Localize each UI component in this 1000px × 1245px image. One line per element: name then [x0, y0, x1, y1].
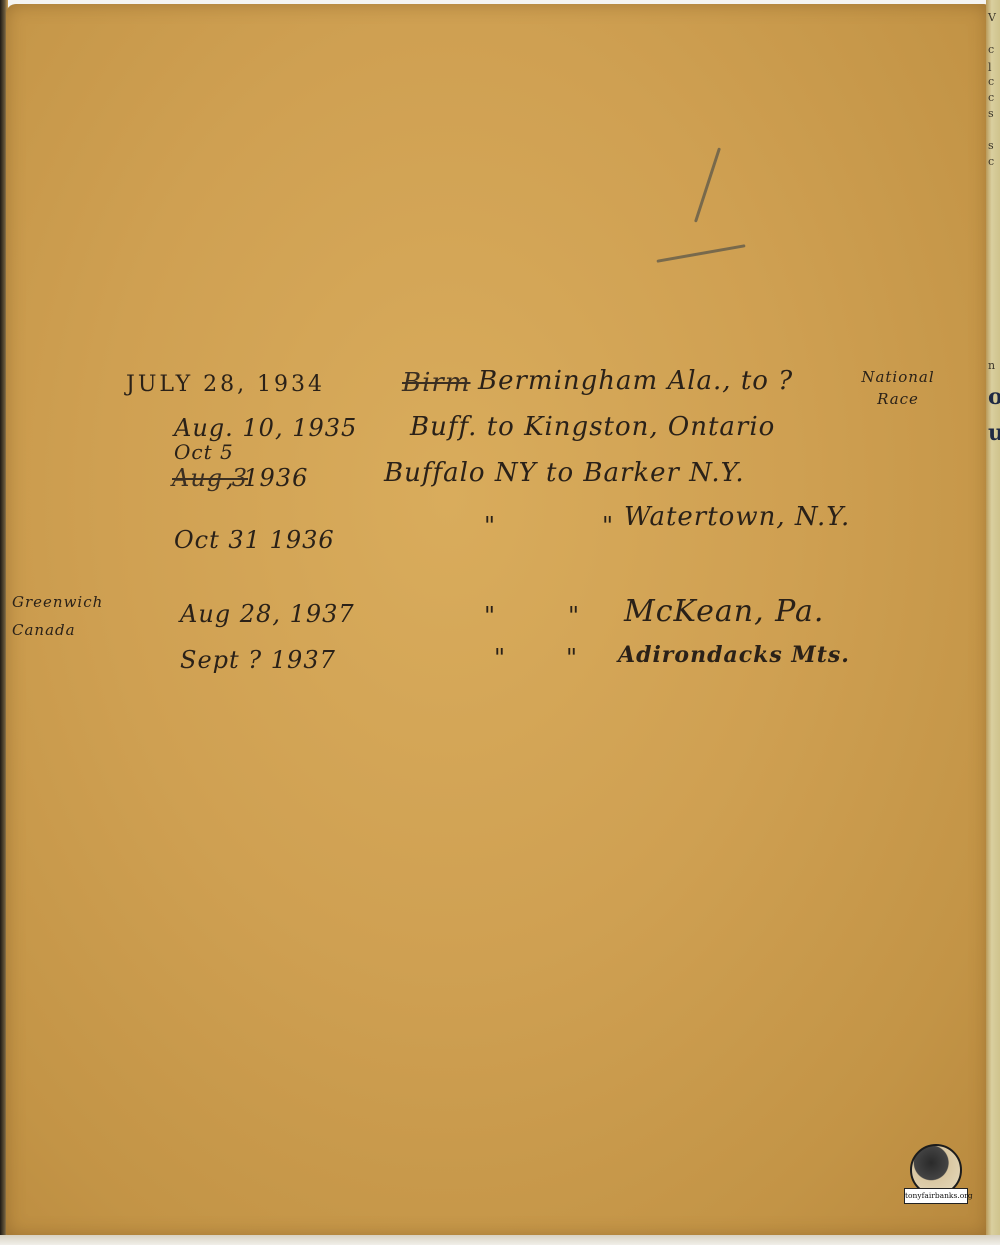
entry-4-date: Oct 31 1936: [174, 526, 335, 554]
scrapbook-page: JULY 28, 1934 Birm Bermingham Ala., to ?…: [6, 4, 988, 1236]
entry-1-struck-word: Birm: [402, 368, 471, 398]
edge-glyph: s: [988, 108, 994, 119]
entry-4-ditto-2: ": [602, 512, 614, 540]
entry-4-route: Watertown, N.Y.: [624, 502, 850, 532]
edge-glyph: n: [988, 360, 995, 371]
watermark-logo[interactable]: tonyfairbanks.org: [904, 1144, 970, 1220]
entry-1-note-text: National Race: [861, 368, 934, 408]
watermark-text: tonyfairbanks.org: [904, 1188, 968, 1204]
entry-6-ditto-2: ": [566, 644, 578, 672]
edge-glyph: o: [988, 386, 1000, 408]
edge-glyph: c: [988, 92, 994, 103]
entry-2-date: Aug. 10, 1935: [174, 414, 357, 442]
entry-1-note: National Race: [848, 366, 948, 410]
edge-glyph: c: [988, 76, 994, 87]
entry-6-date: Sept ? 1937: [180, 646, 336, 674]
entry-1-route: Bermingham Ala., to ?: [478, 366, 793, 396]
entry-3-route: Buffalo NY to Barker N.Y.: [384, 458, 745, 488]
entry-6-route: Adirondacks Mts.: [618, 642, 850, 668]
entry-3-date-correction: Oct 5: [174, 440, 234, 464]
pencil-mark-vertical: [694, 147, 721, 222]
margin-note-line-1: Greenwich: [12, 588, 103, 616]
edge-glyph: c: [988, 44, 994, 55]
entry-6-ditto-1: ": [494, 644, 506, 672]
entry-4-ditto-1: ": [484, 512, 496, 540]
edge-glyph: u: [988, 422, 1000, 444]
entry-5-ditto-2: ": [568, 602, 580, 630]
margin-note-line-2: Canada: [12, 616, 103, 644]
edge-glyph: l: [988, 62, 992, 73]
entry-2-route: Buff. to Kingston, Ontario: [410, 412, 775, 442]
entry-5-route: McKean, Pa.: [624, 594, 824, 629]
entry-3-date-year: , 1936: [226, 464, 308, 492]
pencil-mark-horizontal: [656, 244, 745, 263]
entry-5-ditto-1: ": [484, 602, 496, 630]
margin-note: Greenwich Canada: [12, 588, 103, 644]
edge-glyph: c: [988, 156, 994, 167]
entry-1-date: JULY 28, 1934: [126, 372, 325, 397]
entry-5-date: Aug 28, 1937: [180, 600, 355, 628]
edge-glyph: V: [988, 12, 996, 23]
adjacent-page-edge: V c l c c s s c n o u: [986, 0, 1000, 1245]
edge-glyph: s: [988, 140, 994, 151]
scan-bottom-edge: [0, 1235, 1000, 1245]
